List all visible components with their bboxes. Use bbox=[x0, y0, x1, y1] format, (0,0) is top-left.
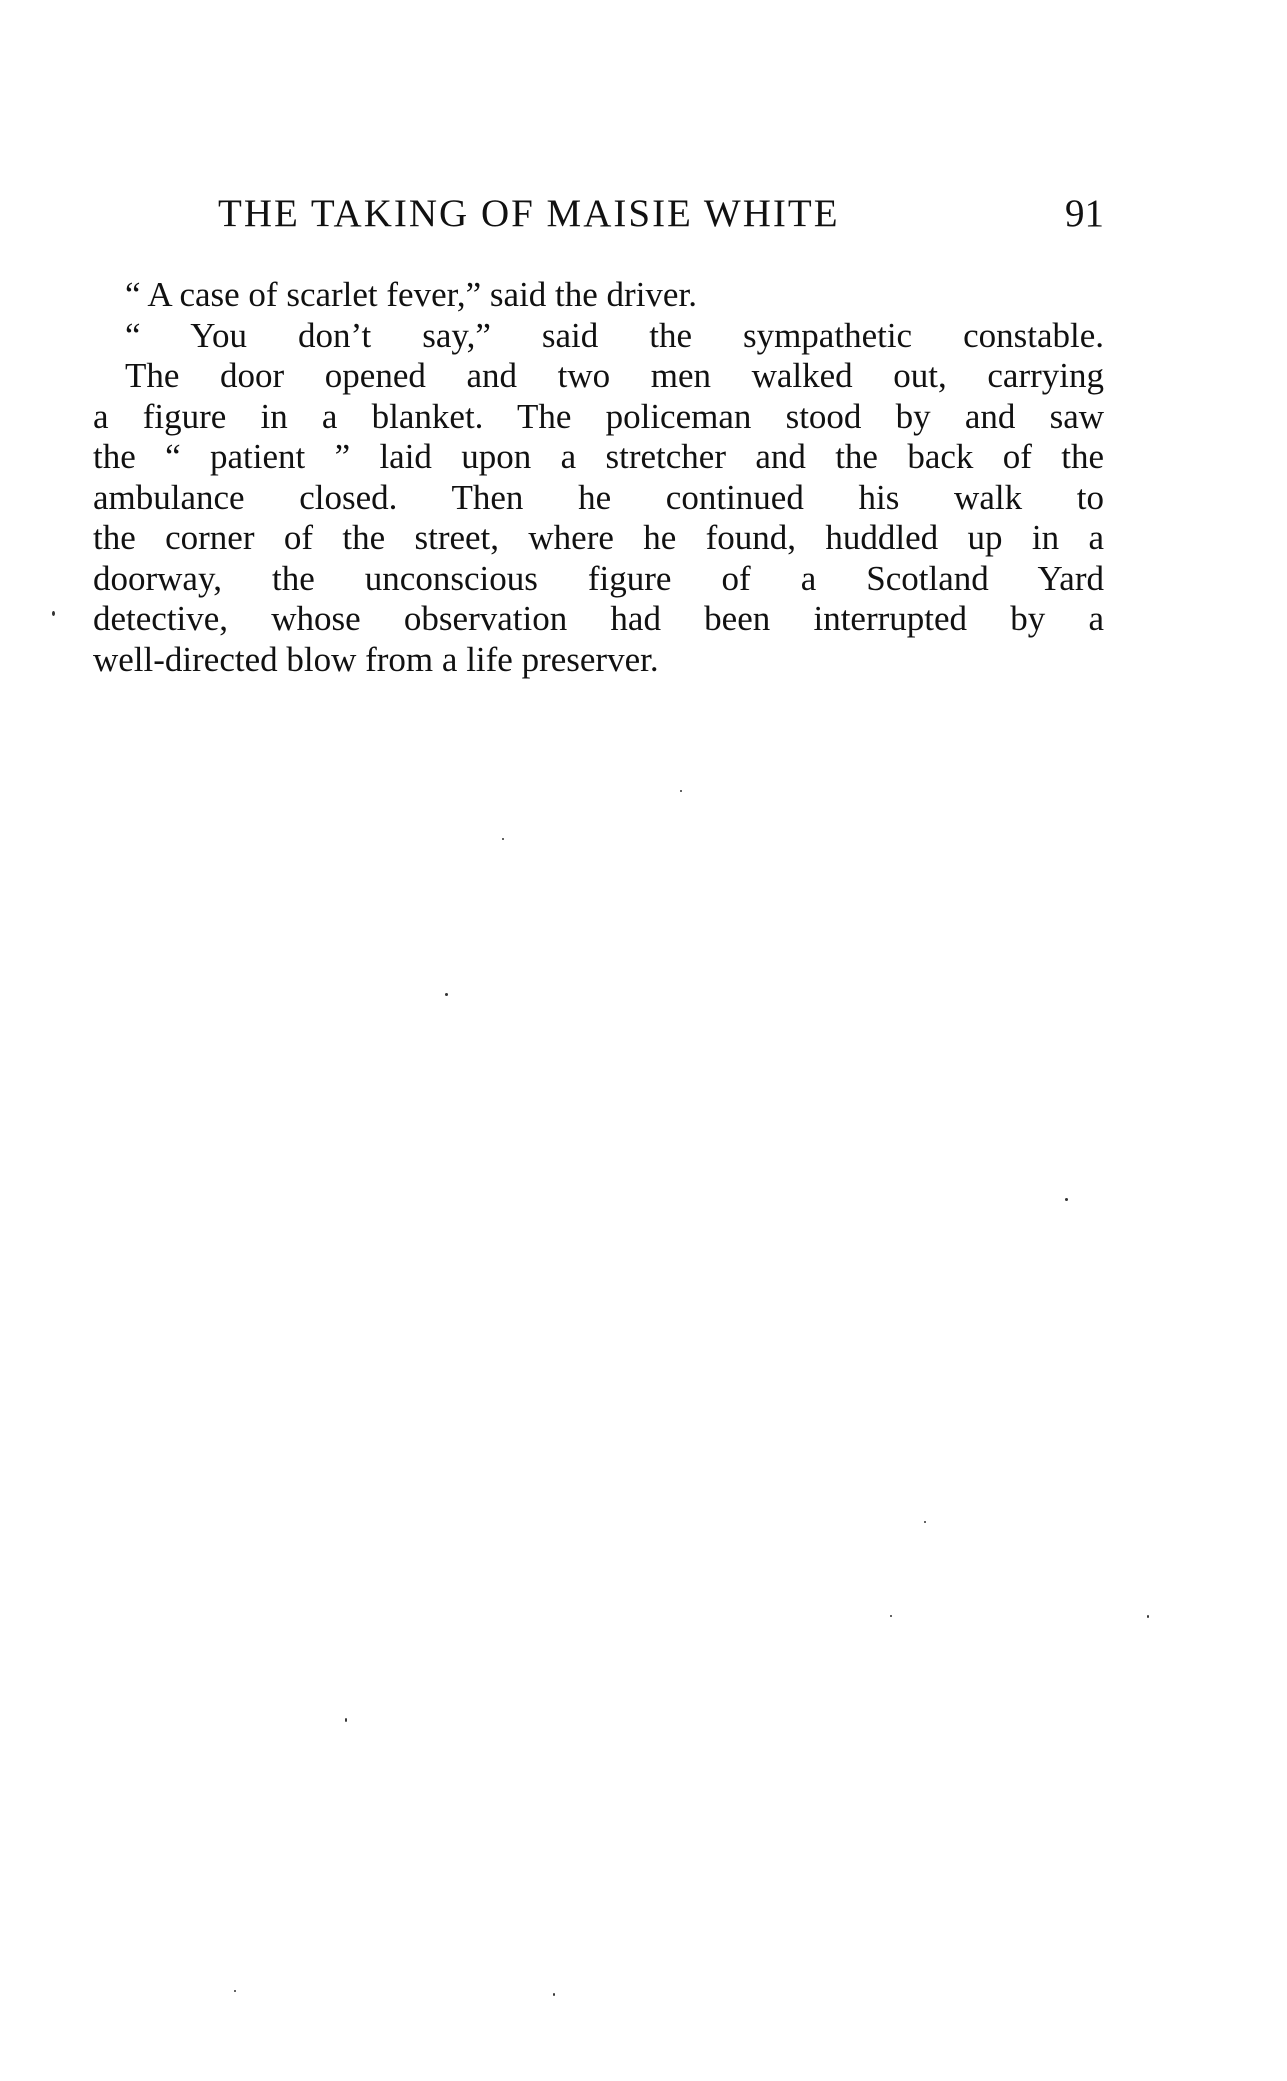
text-line: The door opened and two men walked out, … bbox=[93, 356, 1104, 397]
scan-speck bbox=[890, 1615, 892, 1617]
text-line: “ You don’t say,” said the sympathetic c… bbox=[93, 316, 1104, 357]
scan-speck bbox=[1147, 1615, 1149, 1618]
scan-speck bbox=[680, 790, 682, 792]
text-line: a figure in a blanket. The policeman sto… bbox=[93, 397, 1104, 438]
scan-speck bbox=[553, 1993, 555, 1996]
scan-speck bbox=[445, 993, 448, 996]
text-line: “ A case of scarlet fever,” said the dri… bbox=[93, 275, 1104, 316]
book-page: THE TAKING OF MAISIE WHITE 91 “ A case o… bbox=[0, 0, 1287, 2081]
text-line: ambulance closed. Then he continued his … bbox=[93, 478, 1104, 519]
text-line: detective, whose observation had been in… bbox=[93, 599, 1104, 640]
scan-speck bbox=[345, 1718, 347, 1722]
scan-speck bbox=[1065, 1198, 1068, 1201]
running-head: THE TAKING OF MAISIE WHITE 91 bbox=[218, 190, 1104, 238]
scan-speck bbox=[924, 1521, 926, 1523]
page-number: 91 bbox=[1065, 190, 1104, 238]
scan-speck bbox=[52, 611, 55, 616]
running-title: THE TAKING OF MAISIE WHITE bbox=[218, 190, 840, 238]
scan-speck bbox=[502, 838, 504, 840]
text-line: the corner of the street, where he found… bbox=[93, 518, 1104, 559]
scan-speck bbox=[234, 1990, 236, 1992]
text-line: well-directed blow from a life preserver… bbox=[93, 640, 1104, 681]
body-text: “ A case of scarlet fever,” said the dri… bbox=[93, 275, 1104, 680]
text-line: the “ patient ” laid upon a stretcher an… bbox=[93, 437, 1104, 478]
text-line: doorway, the unconscious figure of a Sco… bbox=[93, 559, 1104, 600]
